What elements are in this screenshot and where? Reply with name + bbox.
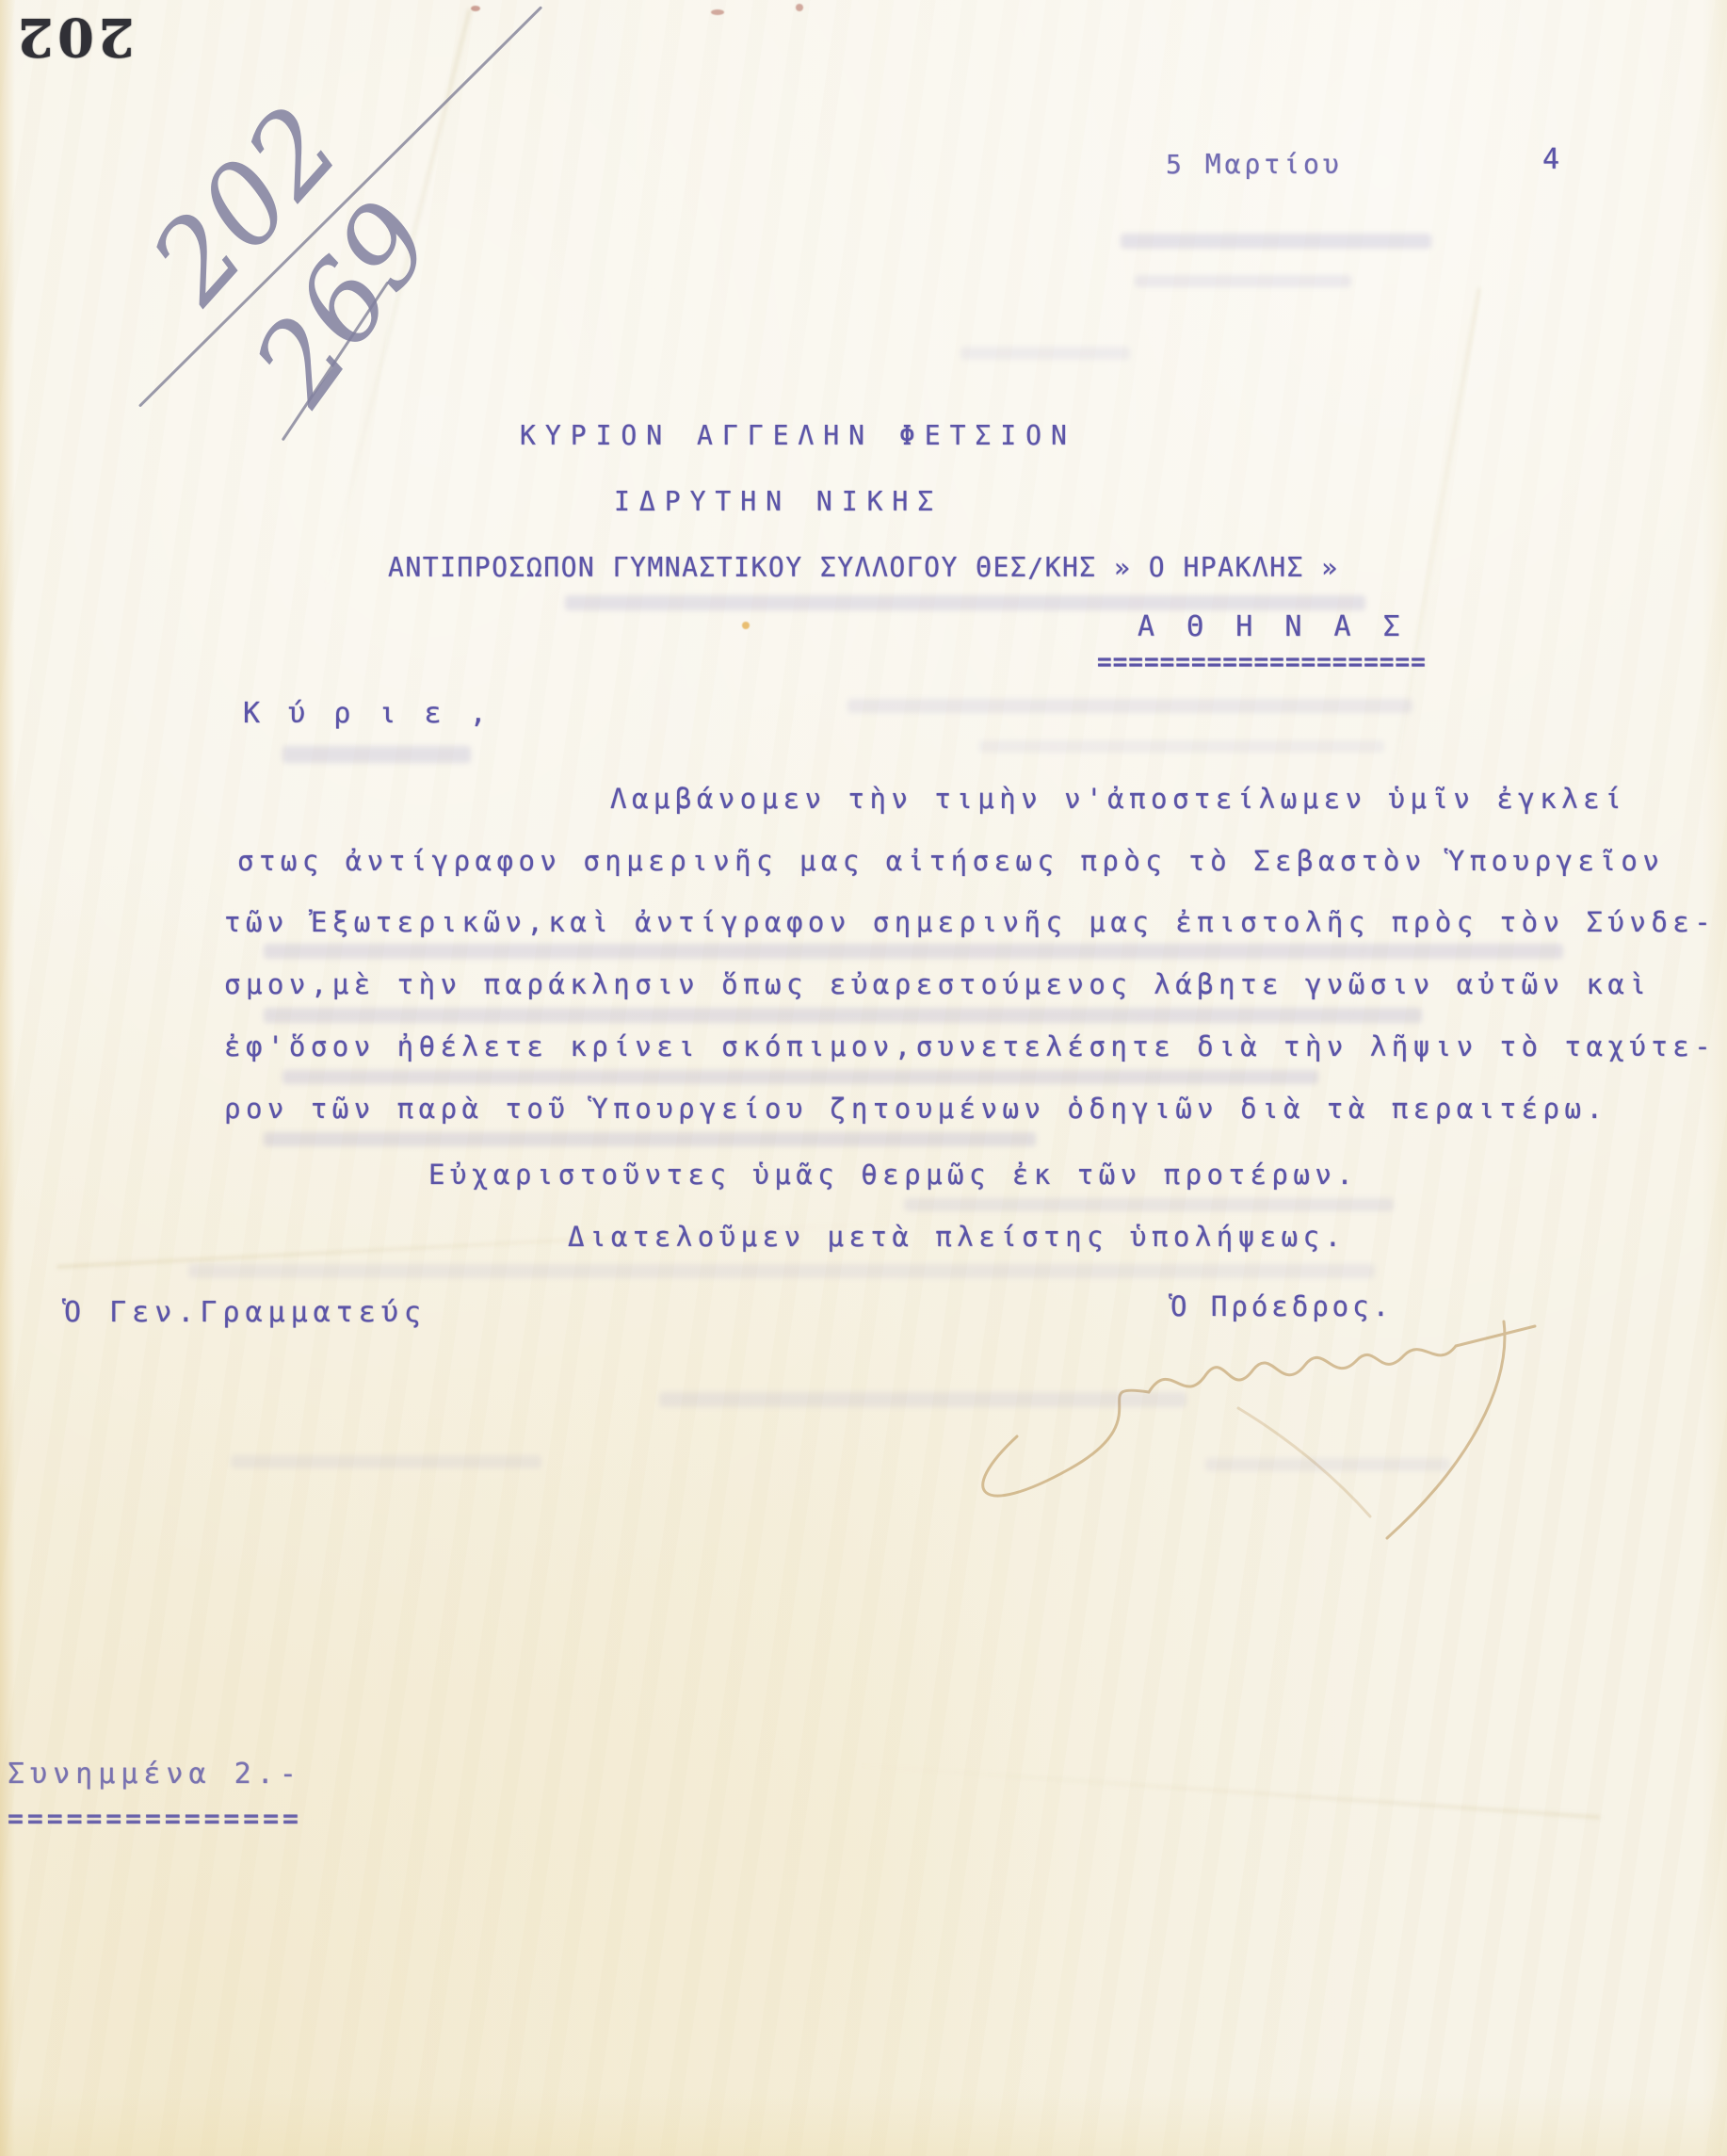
- recipient-name-line: ΚΥΡΙΟΝ ΑΓΓΕΛΗΝ ΦΕΤΣΙΟΝ: [520, 420, 1076, 451]
- ghost-text-smudge: [847, 699, 1412, 713]
- ghost-text-smudge: [188, 1264, 1375, 1278]
- secretary-title: Ὁ Γεν.Γραμματεύς: [64, 1296, 427, 1329]
- enclosures-label: Συνημμένα 2.-: [8, 1758, 302, 1791]
- recipient-city-underline: =====================: [1097, 648, 1427, 676]
- ghost-text-smudge: [282, 746, 471, 763]
- ghost-text-smudge: [960, 347, 1130, 360]
- ghost-text-smudge: [231, 1455, 541, 1468]
- ghost-text-smudge: [264, 944, 1563, 959]
- body-line: στως ἀντίγραφον σημερινῆς μας αἰτήσεως π…: [237, 845, 1664, 877]
- ghost-text-smudge: [264, 1132, 1036, 1146]
- ghost-text-smudge: [979, 740, 1384, 753]
- ghost-text-smudge: [282, 1070, 1318, 1084]
- enclosures-underline: ===============: [8, 1803, 302, 1834]
- ghost-text-smudge: [565, 595, 1365, 610]
- closing-line: Διατελοῦμεν μετὰ πλείστης ὑπολήψεως.: [568, 1221, 1347, 1253]
- ink-speck: [471, 6, 480, 11]
- ghost-text-smudge: [1135, 275, 1351, 287]
- salutation: Κ ύ ρ ι ε ,: [243, 697, 492, 730]
- body-line: Λαμβάνομεν τὴν τιμὴν ν'ἀποστείλωμεν ὑμῖν…: [610, 783, 1626, 815]
- body-line: σμον,μὲ τὴν παράκλησιν ὅπως εὐαρεστούμεν…: [224, 968, 1651, 1000]
- body-line: ρον τῶν παρὰ τοῦ Ὑπουργείου ζητουμένων ὁ…: [224, 1093, 1607, 1125]
- ghost-text-smudge: [904, 1198, 1394, 1211]
- recipient-title-line: ΙΔΡΥΤΗΝ ΝΙΚΗΣ: [614, 486, 943, 517]
- ink-speck: [742, 622, 750, 629]
- date-day-month: 5 Μαρτίου: [1166, 149, 1343, 180]
- stamp-number: 202: [13, 6, 135, 68]
- closing-line: Εὐχαριστοῦντες ὑμᾶς θερμῶς ἐκ τῶν προτέρ…: [428, 1159, 1358, 1191]
- body-line: τῶν Ἐξωτερικῶν,καὶ ἀντίγραφον σημερινῆς …: [224, 906, 1716, 938]
- recipient-city: Α Θ Η Ν Α Σ: [1138, 610, 1408, 643]
- ink-speck: [711, 9, 724, 15]
- president-signature: [928, 1295, 1587, 1549]
- ghost-text-smudge: [1121, 234, 1431, 249]
- paper-crease: [848, 1763, 1600, 1819]
- ink-speck: [796, 4, 803, 11]
- ghost-text-smudge: [264, 1008, 1422, 1023]
- body-line: ἐφ'ὅσον ἠθέλετε κρίνει σκόπιμον,συνετελέ…: [224, 1030, 1716, 1062]
- letter-page: 202 202 269 5 Μαρτίου 4 ΚΥΡΙΟΝ ΑΓΓΕΛΗΝ Φ…: [0, 0, 1727, 2156]
- recipient-role-line: ΑΝΤΙΠΡΟΣΩΠΟΝ ΓΥΜΝΑΣΤΙΚΟΥ ΣΥΛΛΟΓΟΥ ΘΕΣ/ΚΗ…: [388, 552, 1339, 583]
- date-year-digit: 4: [1542, 143, 1559, 176]
